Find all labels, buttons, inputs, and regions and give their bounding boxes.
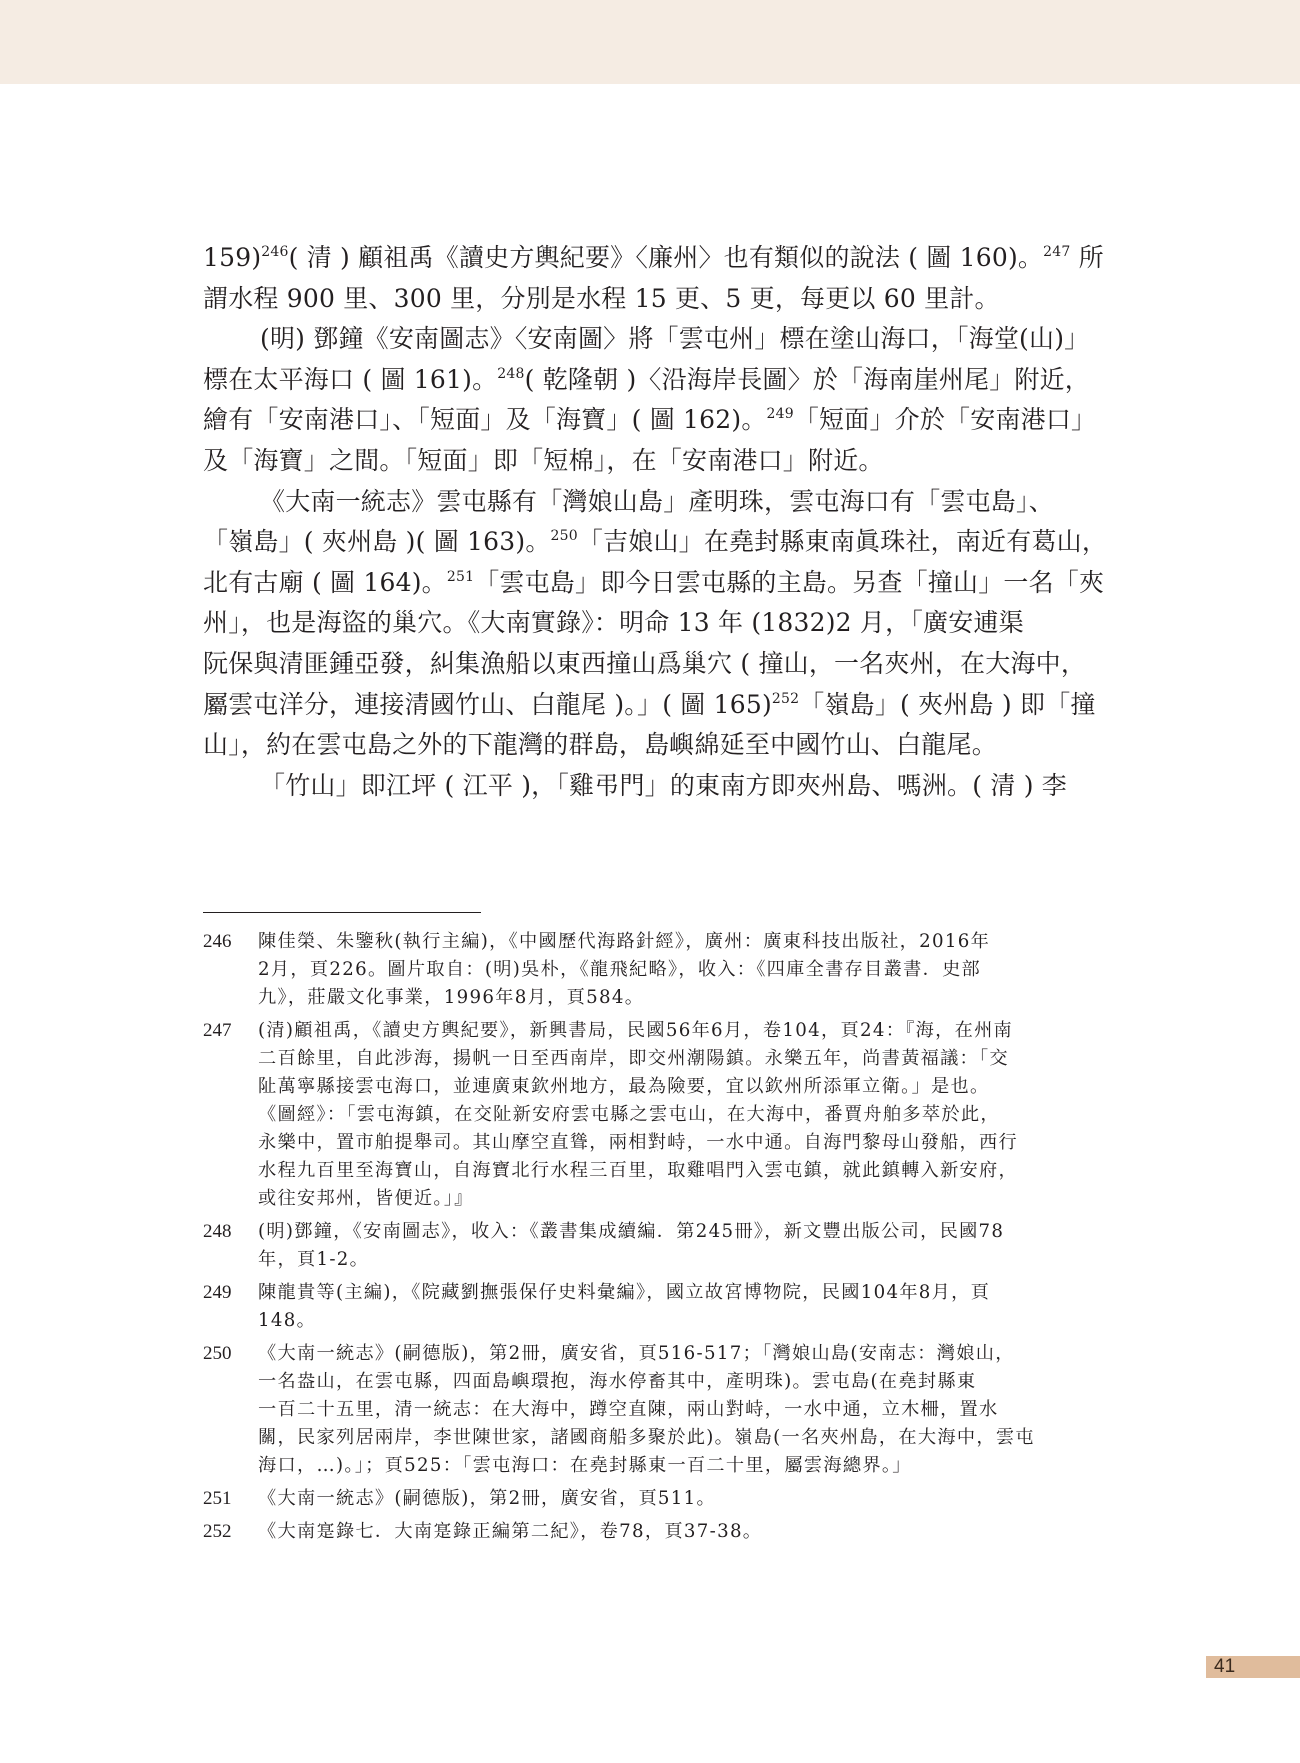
main-body-text: 159)246( 清 ) 顧祖禹《讀史方輿紀要》〈廉州〉也有類似的說法 ( 圖 … xyxy=(203,238,1098,806)
body-line-6: 及「海寶」之間。「短面」即「短棉」，在「安南港口」附近。 xyxy=(203,441,1098,482)
footnote-number: 251 xyxy=(203,1485,232,1513)
footnote-246: 246 陳佳榮、朱鑒秋(執行主編)，《中國歷代海路針經》，廣州：廣東科技出版社，… xyxy=(203,928,1098,1012)
body-line-14: 「竹山」即江坪 ( 江平 )，「雞弔門」的東南方即夾州島、嗎洲。( 清 ) 李 xyxy=(203,766,1098,807)
footnote-250: 250 《大南一統志》(嗣德版)，第2冊，廣安省，頁516-517；「灣娘山島(… xyxy=(203,1340,1098,1480)
footnote-ref-252[interactable]: 252 xyxy=(772,691,799,707)
footnote-number: 247 xyxy=(203,1017,232,1045)
footnote-251: 251 《大南一統志》(嗣德版)，第2冊，廣安省，頁511。 xyxy=(203,1485,1098,1513)
body-line-1: 159)246( 清 ) 顧祖禹《讀史方輿紀要》〈廉州〉也有類似的說法 ( 圖 … xyxy=(203,238,1098,279)
footnote-number: 252 xyxy=(203,1518,232,1546)
body-line-11: 阮保與清匪鍾亞發，糾集漁船以東西撞山爲巢穴 ( 撞山，一名夾州，在大海中， xyxy=(203,644,1098,685)
footnote-ref-248[interactable]: 248 xyxy=(497,366,524,382)
footnote-249: 249 陳龍貴等(主編)，《院藏劉撫張保仔史料彙編》，國立故宮博物院，民國104… xyxy=(203,1279,1098,1335)
footnote-number: 249 xyxy=(203,1279,232,1307)
page-number: 41 xyxy=(1214,1656,1235,1678)
body-line-3: (明) 鄧鐘《安南圖志》〈安南圖〉將「雲屯州」標在塗山海口，「海堂(山)」 xyxy=(203,319,1098,360)
footnote-ref-247[interactable]: 247 xyxy=(1043,244,1070,260)
footnote-247: 247 (清)顧祖禹，《讀史方輿紀要》，新興書局，民國56年6月，卷104，頁2… xyxy=(203,1017,1098,1213)
body-line-9: 北有古廟 ( 圖 164)。251「雲屯島」即今日雲屯縣的主島。另查「撞山」一名… xyxy=(203,563,1098,604)
footnote-number: 248 xyxy=(203,1218,232,1246)
body-line-5: 繪有「安南港口」、「短面」及「海寶」( 圖 162)。249「短面」介於「安南港… xyxy=(203,400,1098,441)
page-number-tab: 41 xyxy=(1206,1656,1300,1678)
body-line-12: 屬雲屯洋分，連接清國竹山、白龍尾 )。」( 圖 165)252「嶺島」( 夾州島… xyxy=(203,685,1098,726)
header-band xyxy=(0,0,1300,84)
body-line-10: 州」，也是海盜的巢穴。《大南實錄》：明命 13 年 (1832)2 月，「廣安逋… xyxy=(203,603,1098,644)
footnote-divider xyxy=(203,912,481,913)
body-line-7: 《大南一統志》雲屯縣有「灣娘山島」產明珠，雲屯海口有「雲屯島」、 xyxy=(203,482,1098,523)
footnote-ref-249[interactable]: 249 xyxy=(767,406,794,422)
footnotes: 246 陳佳榮、朱鑒秋(執行主編)，《中國歷代海路針經》，廣州：廣東科技出版社，… xyxy=(203,928,1098,1551)
footnote-252: 252 《大南寔錄七．大南寔錄正編第二紀》，卷78，頁37-38。 xyxy=(203,1518,1098,1546)
body-line-4: 標在太平海口 ( 圖 161)。248( 乾隆朝 )〈沿海岸長圖〉於「海南崖州尾… xyxy=(203,360,1098,401)
footnote-ref-246[interactable]: 246 xyxy=(261,244,288,260)
body-line-2: 謂水程 900 里、300 里，分別是水程 15 更、5 更，每更以 60 里計… xyxy=(203,279,1098,320)
footnote-number: 250 xyxy=(203,1340,232,1368)
body-line-13: 山」，約在雲屯島之外的下龍灣的群島，島嶼綿延至中國竹山、白龍尾。 xyxy=(203,725,1098,766)
body-line-8: 「嶺島」( 夾州島 )( 圖 163)。250「吉娘山」在堯封縣東南眞珠社，南近… xyxy=(203,522,1098,563)
footnote-ref-250[interactable]: 250 xyxy=(551,528,578,544)
footnote-ref-251[interactable]: 251 xyxy=(447,569,474,585)
footnote-number: 246 xyxy=(203,928,232,956)
footnote-248: 248 (明)鄧鐘，《安南圖志》，收入：《叢書集成續編．第245冊》，新文豐出版… xyxy=(203,1218,1098,1274)
